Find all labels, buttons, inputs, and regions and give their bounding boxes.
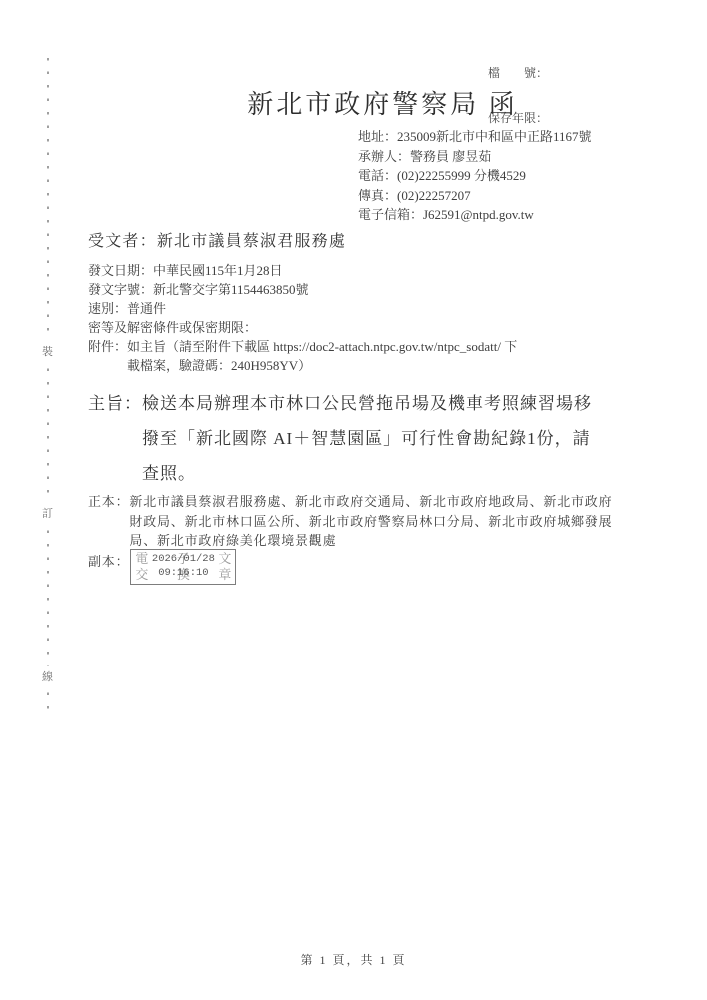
copies-block: 正本： 新北市議員蔡淑君服務處、新北市政府交通局、新北市政府地政局、新北市政府 … — [88, 492, 612, 585]
recipient-label: 受文者： — [88, 233, 157, 250]
attachment-line: 如主旨（請至附件下載區 https://doc2-attach.ntpc.gov… — [127, 337, 517, 356]
subject-line: 檢送本局辦理本市林口公民營拖吊場及機車考照練習場移 — [142, 386, 592, 421]
doc-number-value: 新北警交字第1154463850號 — [153, 280, 309, 299]
speed-label: 速別： — [88, 299, 127, 318]
file-number-label: 檔 號： — [488, 66, 548, 81]
stamp-time: 09:16:10 — [131, 566, 235, 580]
binding-dotted-line — [47, 58, 49, 712]
original-copy-label: 正本： — [88, 492, 129, 512]
meta-line-attachment: 附件： 如主旨（請至附件下載區 https://doc2-attach.ntpc… — [88, 337, 648, 375]
attachment-content: 如主旨（請至附件下載區 https://doc2-attach.ntpc.gov… — [127, 337, 517, 375]
sender-info-block: 地址：235009新北市中和區中正路1167號 承辦人：警務員 廖昱茹 電話：(… — [358, 127, 592, 225]
stamp-datetime: 2026/01/28 09:16:10 — [131, 552, 235, 580]
carbon-copy-label: 副本： — [88, 552, 129, 572]
meta-line-doc-number: 發文字號：新北警交字第1154463850號 — [88, 280, 648, 299]
meta-line-speed: 速別：普通件 — [88, 299, 648, 318]
sender-email: 電子信箱：J62591@ntpd.gov.tw — [358, 205, 592, 225]
meta-line-security: 密等及解密條件或保密期限： — [88, 318, 648, 337]
sender-fax: 傳真：(02)22257207 — [358, 186, 592, 206]
issue-date-label: 發文日期： — [88, 261, 153, 280]
page-footer: 第 1 頁，共 1 頁 — [0, 951, 707, 968]
recipient-value: 新北市議員蔡淑君服務處 — [157, 233, 346, 250]
carbon-copy-row: 副本： 電 子 文 交 換 章 2026/01/28 09:16:10 — [88, 552, 612, 585]
subject-block: 主旨： 檢送本局辦理本市林口公民營拖吊場及機車考照練習場移 撥至「新北國際 AI… — [88, 386, 592, 491]
electronic-exchange-stamp: 電 子 文 交 換 章 2026/01/28 09:16:10 — [130, 549, 236, 585]
subject-content: 檢送本局辦理本市林口公民營拖吊場及機車考照練習場移 撥至「新北國際 AI＋智慧園… — [142, 386, 592, 491]
subject-label: 主旨： — [88, 386, 142, 491]
attachment-label: 附件： — [88, 337, 127, 375]
subject-line: 查照。 — [142, 456, 592, 491]
meta-block: 發文日期：中華民國115年1月28日 發文字號：新北警交字第1154463850… — [88, 261, 648, 375]
sender-contact-person: 承辦人：警務員 廖昱茹 — [358, 147, 592, 167]
binding-mark-ding: 訂 — [41, 503, 54, 523]
doc-number-label: 發文字號： — [88, 280, 153, 299]
issue-date-value: 中華民國115年1月28日 — [153, 261, 283, 280]
recipient-line: 受文者：新北市議員蔡淑君服務處 — [88, 228, 346, 251]
attachment-line: 載檔案，驗證碼：240H958YV） — [127, 356, 517, 375]
subject-line: 撥至「新北國際 AI＋智慧園區」可行性會勘紀錄1份，請 — [142, 421, 592, 456]
security-label: 密等及解密條件或保密期限： — [88, 318, 257, 337]
stamp-date: 2026/01/28 — [131, 552, 235, 566]
official-letter-page: 檔 號： 保存年限： 新北市政府警察局 函 地址：235009新北市中和區中正路… — [0, 0, 707, 1000]
original-copy-line: 新北市議員蔡淑君服務處、新北市政府交通局、新北市政府地政局、新北市政府 — [129, 492, 612, 512]
original-copy-content: 新北市議員蔡淑君服務處、新北市政府交通局、新北市政府地政局、新北市政府 財政局、… — [129, 492, 612, 551]
original-copy-line: 財政局、新北市林口區公所、新北市政府警察局林口分局、新北市政府城鄉發展 — [129, 512, 612, 532]
document-title: 新北市政府警察局 函 — [0, 84, 707, 121]
original-copy-row: 正本： 新北市議員蔡淑君服務處、新北市政府交通局、新北市政府地政局、新北市政府 … — [88, 492, 612, 551]
binding-mark-xian: 線 — [41, 666, 54, 686]
meta-line-issue-date: 發文日期：中華民國115年1月28日 — [88, 261, 648, 280]
speed-value: 普通件 — [127, 299, 166, 318]
sender-phone: 電話：(02)22255999 分機4529 — [358, 166, 592, 186]
sender-address: 地址：235009新北市中和區中正路1167號 — [358, 127, 592, 147]
binding-mark-zhuang: 裝 — [41, 341, 54, 361]
